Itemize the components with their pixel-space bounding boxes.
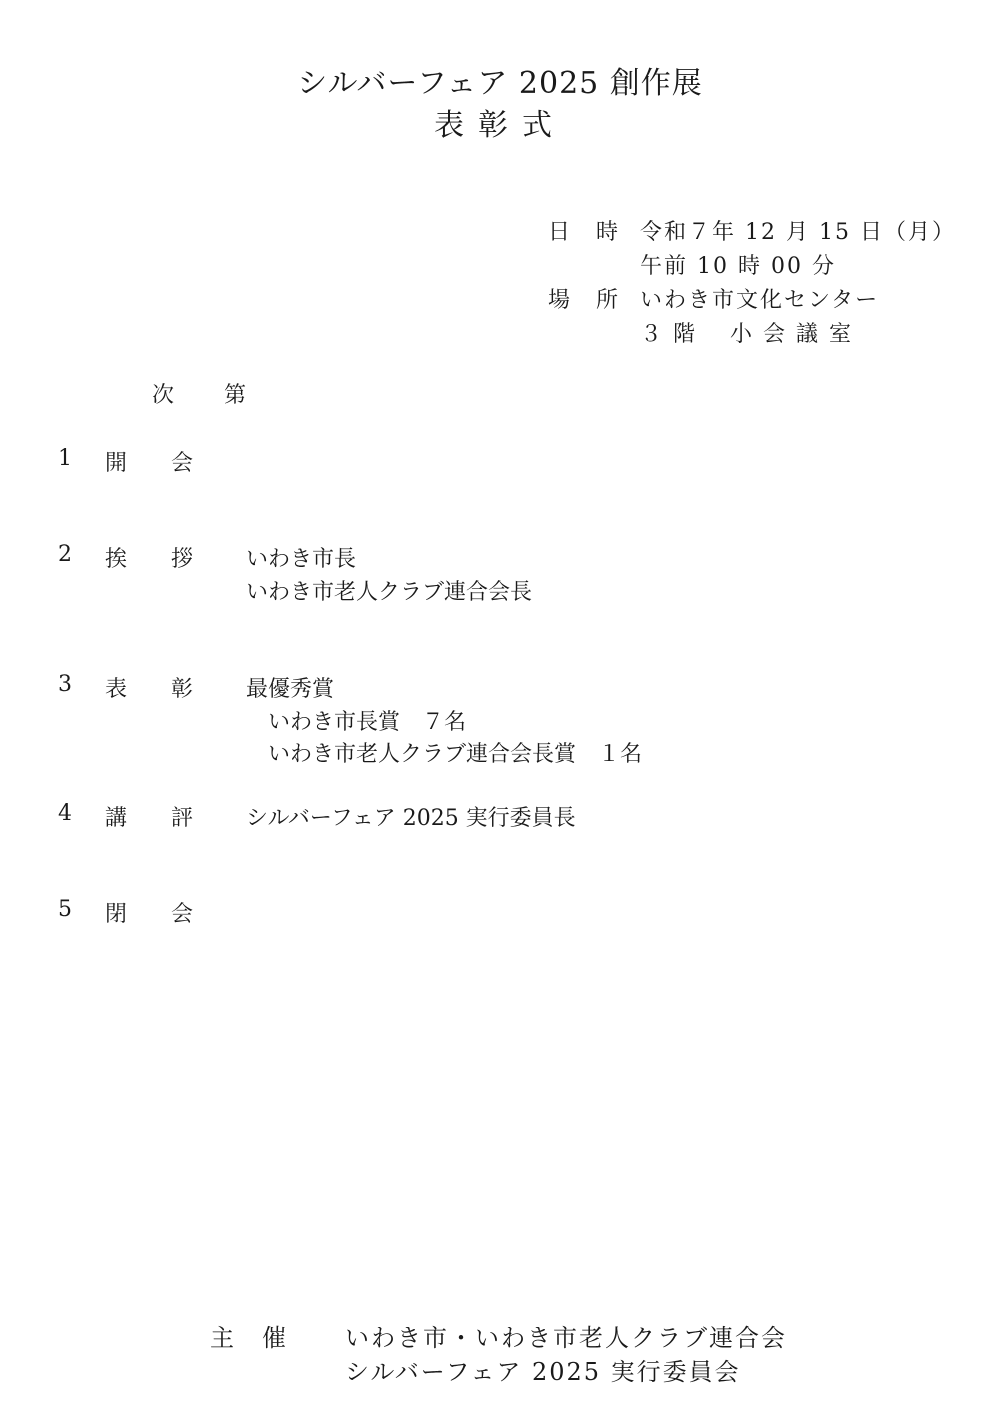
organizer-line: シルバーフェア 2025 実行委員会 (345, 1352, 741, 1387)
program-item-label: 表彰 (105, 672, 237, 703)
program-item-number: 4 (58, 801, 72, 826)
program-item-number: 3 (58, 672, 72, 697)
program-item-detail: いわき市長 (246, 542, 356, 573)
program-item-detail: 最優秀賞 (246, 672, 334, 703)
document-title: シルバーフェア 2025 創作展 (0, 58, 1000, 102)
award-line: いわき市長賞 ７名 (268, 705, 466, 736)
program-item-label: 閉会 (105, 897, 237, 928)
award-line: いわき市老人クラブ連合会長賞 １名 (268, 737, 642, 768)
place-label: 場 所 (548, 283, 620, 314)
document-subtitle: 表彰式 (0, 100, 1000, 144)
program-item-label: 講評 (105, 801, 237, 832)
program-item-detail: いわき市老人クラブ連合会長 (246, 575, 532, 606)
datetime-value: 令和７年 12 月 15 日（月） (640, 215, 956, 246)
datetime-label: 日 時 (548, 215, 620, 246)
program-item-label: 開会 (105, 446, 237, 477)
organizer-line: いわき市・いわき市老人クラブ連合会 (345, 1318, 787, 1353)
time-value: 午前 10 時 00 分 (640, 249, 836, 280)
program-item-number: 2 (58, 542, 72, 567)
organizer-label: 主 催 (210, 1318, 288, 1353)
program-item-number: 5 (58, 897, 72, 922)
place-value: いわき市文化センター (640, 283, 879, 314)
program-item-detail: シルバーフェア 2025 実行委員長 (246, 801, 576, 832)
program-item-label: 挨拶 (105, 542, 237, 573)
room-value: ３ 階 小 会 議 室 (640, 317, 853, 348)
program-item-number: 1 (58, 446, 72, 471)
program-heading: 次 第 (152, 378, 248, 409)
